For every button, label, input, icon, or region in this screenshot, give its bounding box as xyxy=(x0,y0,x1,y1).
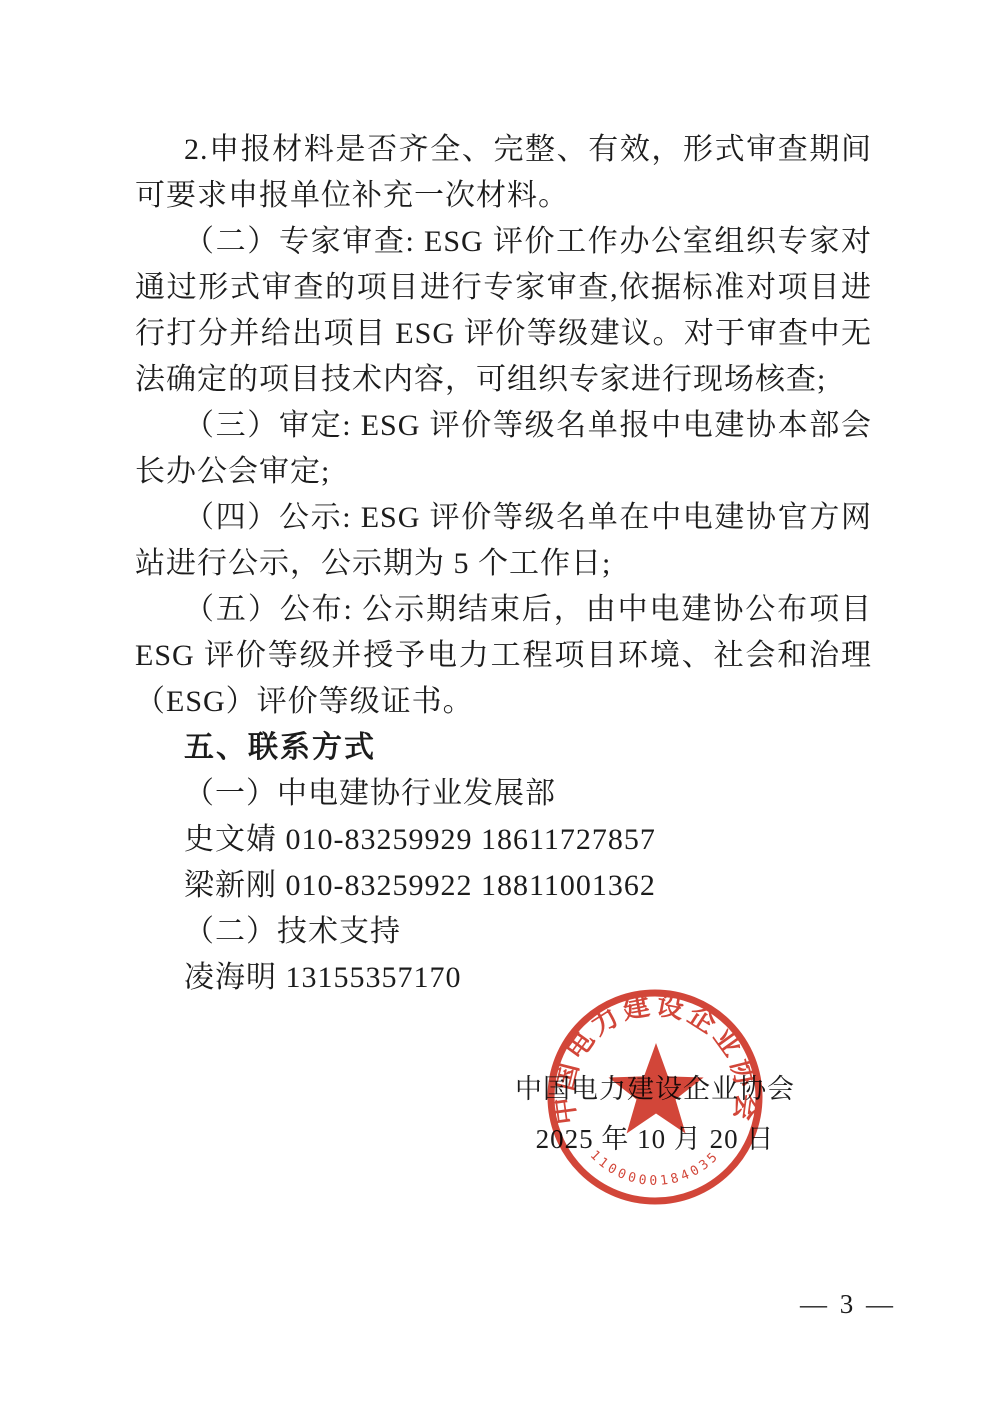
section-heading-contact: 五、联系方式 xyxy=(135,725,872,771)
paragraph-approval: （三）审定: ESG 评价等级名单报中电建协本部会长办公会审定; xyxy=(135,403,872,495)
contact-person-1: 史文婧 010-83259929 18611727857 xyxy=(135,817,872,863)
contact-dept-line: （一）中电建协行业发展部 xyxy=(135,771,872,817)
official-seal-stamp: 中国电力建设企业协会 1100000184035 xyxy=(540,982,770,1212)
paragraph-materials-check: 2.申报材料是否齐全、完整、有效，形式审查期间可要求申报单位补充一次材料。 xyxy=(135,127,872,219)
paragraph-announcement: （五）公布: 公示期结束后，由中电建协公布项目 ESG 评价等级并授予电力工程项… xyxy=(135,587,872,725)
page-number: — 3 — xyxy=(800,1289,896,1320)
document-page: 2.申报材料是否齐全、完整、有效，形式审查期间可要求申报单位补充一次材料。 （二… xyxy=(0,0,992,1403)
document-body: 2.申报材料是否齐全、完整、有效，形式审查期间可要求申报单位补充一次材料。 （二… xyxy=(135,127,872,1001)
paragraph-expert-review: （二）专家审查: ESG 评价工作办公室组织专家对通过形式审查的项目进行专家审查… xyxy=(135,219,872,403)
contact-tech-support-line: （二）技术支持 xyxy=(135,909,872,955)
contact-person-2: 梁新刚 010-83259922 18811001362 xyxy=(135,863,872,909)
svg-text:1100000184035: 1100000184035 xyxy=(587,1148,723,1189)
seal-code-text: 1100000184035 xyxy=(587,1148,723,1189)
paragraph-publicity: （四）公示: ESG 评价等级名单在中电建协官方网站进行公示，公示期为 5 个工… xyxy=(135,495,872,587)
seal-star-icon xyxy=(609,1043,704,1134)
